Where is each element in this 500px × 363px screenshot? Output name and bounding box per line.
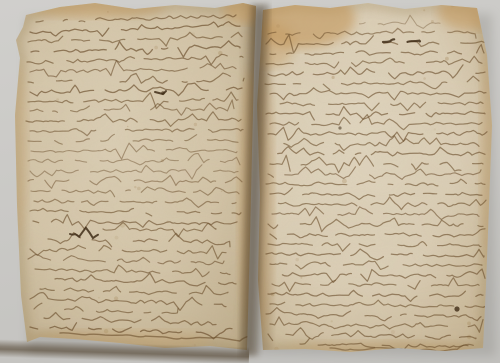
- right-page: [245, 0, 500, 359]
- manuscript-photo: [0, 0, 500, 363]
- left-page: [8, 0, 267, 353]
- manuscript-scene: [0, 0, 500, 363]
